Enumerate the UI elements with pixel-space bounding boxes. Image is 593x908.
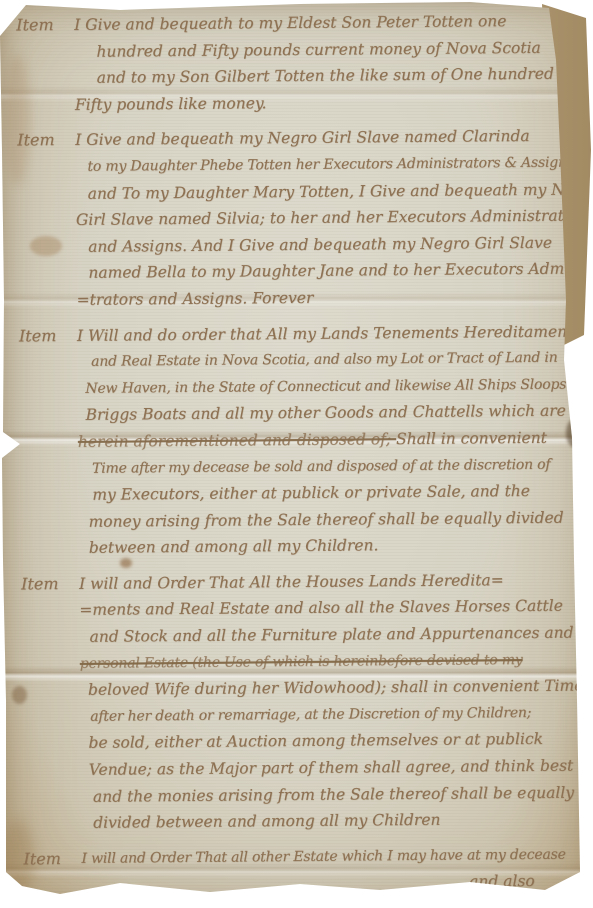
stain-spot <box>576 336 587 352</box>
manuscript-line: be sold, either at Auction among themsel… <box>88 726 571 757</box>
manuscript-text: divided between and among all my Childre… <box>93 811 440 832</box>
manuscript-line: New Haven, in the State of Connecticut a… <box>85 371 568 402</box>
manuscript-text: money arising from the Sale thereof shal… <box>88 508 563 530</box>
manuscript-text: and To my Daughter Mary Totten, I Give a… <box>88 180 593 202</box>
manuscript-text: beloved Wife during her Widowhood); shal… <box>88 677 583 699</box>
struck-text: personal Estate (the Use of which is her… <box>80 652 523 672</box>
manuscript-line: and To my Daughter Mary Totten, I Give a… <box>88 176 567 207</box>
manuscript-page: ItemI Give and bequeath to my Eldest Son… <box>0 0 593 908</box>
item-label: Item <box>17 127 69 314</box>
manuscript-text: I Give and bequeath my Negro Girl Slave … <box>75 127 530 149</box>
item-body: I will and Order That All the Houses Lan… <box>79 566 572 836</box>
struck-text: herein aforementioned and disposed of; <box>78 430 396 451</box>
manuscript-line: I Give and bequeath to my Eldest Son Pet… <box>74 8 565 39</box>
manuscript-text: be sold, either at Auction among themsel… <box>88 730 543 752</box>
manuscript-text: I will and Order That All the Houses Lan… <box>79 571 504 593</box>
manuscript-line: named Bella to my Daughter Jane and to h… <box>88 256 567 287</box>
manuscript-text: to my Daughter Phebe Totten her Executor… <box>87 155 573 175</box>
manuscript-text: hundred and Fifty pounds current money o… <box>96 38 540 60</box>
manuscript-line: money arising from the Sale thereof shal… <box>88 504 569 535</box>
manuscript-line: =trators and Assigns. Forever <box>76 283 567 314</box>
manuscript-text: my Executors, either at publick or priva… <box>92 482 530 504</box>
manuscript-text: between and among all my Children. <box>89 537 379 558</box>
item-label: Item <box>16 12 67 119</box>
manuscript-line: and also <box>82 868 573 899</box>
manuscript-text: Girl Slave named Silvia; to her and her … <box>76 207 589 229</box>
manuscript-text-block: ItemI Give and bequeath to my Eldest Son… <box>16 8 573 908</box>
item-body: I Give and bequeath to my Eldest Son Pet… <box>74 8 566 119</box>
manuscript-text: and Assigns. And I Give and bequeath my … <box>88 233 552 255</box>
manuscript-text: Briggs Boats and all my other Goods and … <box>86 402 593 424</box>
manuscript-line: I Give and bequeath my Negro Girl Slave … <box>75 123 566 154</box>
item-body: I Give and bequeath my Negro Girl Slave … <box>75 123 568 313</box>
manuscript-line: and Real Estate in Nova Scotia, and also… <box>91 345 568 376</box>
manuscript-item: ItemI Give and bequeath to my Eldest Son… <box>16 8 566 119</box>
manuscript-line: herein aforementioned and disposed of; S… <box>78 425 569 456</box>
manuscript-line: Time after my decease be sold and dispos… <box>92 451 569 482</box>
manuscript-line: Fifty pounds like money. <box>75 87 566 118</box>
manuscript-text: and also <box>469 872 535 891</box>
item-body: I will and Order That all other Estate w… <box>81 841 572 898</box>
manuscript-text: I will and Order That all other Estate w… <box>81 846 565 866</box>
manuscript-line: to my Daughter Phebe Totten her Executor… <box>87 150 566 181</box>
item-body: I Will and do order that All my Lands Te… <box>77 318 570 562</box>
manuscript-line: beloved Wife during her Widowhood); shal… <box>88 673 571 704</box>
manuscript-text: and Stock and all the Furniture plate an… <box>89 624 573 646</box>
manuscript-line: and Assigns. And I Give and bequeath my … <box>88 229 567 260</box>
manuscript-text: New Haven, in the State of Connecticut a… <box>85 376 566 396</box>
paragraph-list: ItemI Give and bequeath to my Eldest Son… <box>16 8 573 900</box>
manuscript-line: and to my Son Gilbert Totten the like su… <box>97 61 566 92</box>
stain-spot <box>566 418 586 448</box>
manuscript-text: and the monies arising from the Sale the… <box>93 783 574 805</box>
manuscript-text: after her death or remarriage, at the Di… <box>90 705 531 725</box>
manuscript-line: my Executors, either at publick or priva… <box>92 478 569 509</box>
manuscript-line: Briggs Boats and all my other Goods and … <box>86 398 569 429</box>
manuscript-text: Time after my decease be sold and dispos… <box>92 456 550 476</box>
manuscript-text: Fifty pounds like money. <box>75 94 267 114</box>
item-label: Item <box>19 322 71 562</box>
manuscript-line: and Stock and all the Furniture plate an… <box>89 620 570 651</box>
item-label: Item <box>21 571 73 837</box>
manuscript-line: divided between and among all my Childre… <box>93 806 572 837</box>
manuscript-item: ItemI Will and do order that All my Land… <box>19 318 570 562</box>
manuscript-text: named Bella to my Daughter Jane and to h… <box>88 260 592 282</box>
manuscript-text: I Give and bequeath to my Eldest Son Pet… <box>74 12 506 34</box>
manuscript-line: and the monies arising from the Sale the… <box>93 779 572 810</box>
manuscript-item: ItemI Give and bequeath my Negro Girl Sl… <box>17 123 568 314</box>
manuscript-text: I Will and do order that All my Lands Te… <box>77 322 582 344</box>
manuscript-item: ItemI will and Order That All the Houses… <box>21 566 572 837</box>
manuscript-text: =trators and Assigns. Forever <box>77 289 314 309</box>
manuscript-line: Girl Slave named Silvia; to her and her … <box>76 203 567 234</box>
item-label: Item <box>23 846 73 900</box>
manuscript-text: =ments and Real Estate and also all the … <box>79 597 563 619</box>
manuscript-text: and to my Son Gilbert Totten the like su… <box>97 65 588 87</box>
manuscript-text: and Real Estate in Nova Scotia, and also… <box>91 350 557 370</box>
scanned-document-view: ItemI Give and bequeath to my Eldest Son… <box>0 0 593 908</box>
manuscript-item: ItemI will and Order That all other Esta… <box>23 841 572 899</box>
manuscript-line: between and among all my Children. <box>89 531 570 562</box>
manuscript-text: Shall in convenient <box>396 429 547 448</box>
manuscript-line: Vendue; as the Major part of them shall … <box>89 753 572 784</box>
manuscript-line: hundred and Fifty pounds current money o… <box>96 34 565 65</box>
manuscript-line: after her death or remarriage, at the Di… <box>90 699 571 730</box>
manuscript-text: Vendue; as the Major part of them shall … <box>89 757 574 779</box>
